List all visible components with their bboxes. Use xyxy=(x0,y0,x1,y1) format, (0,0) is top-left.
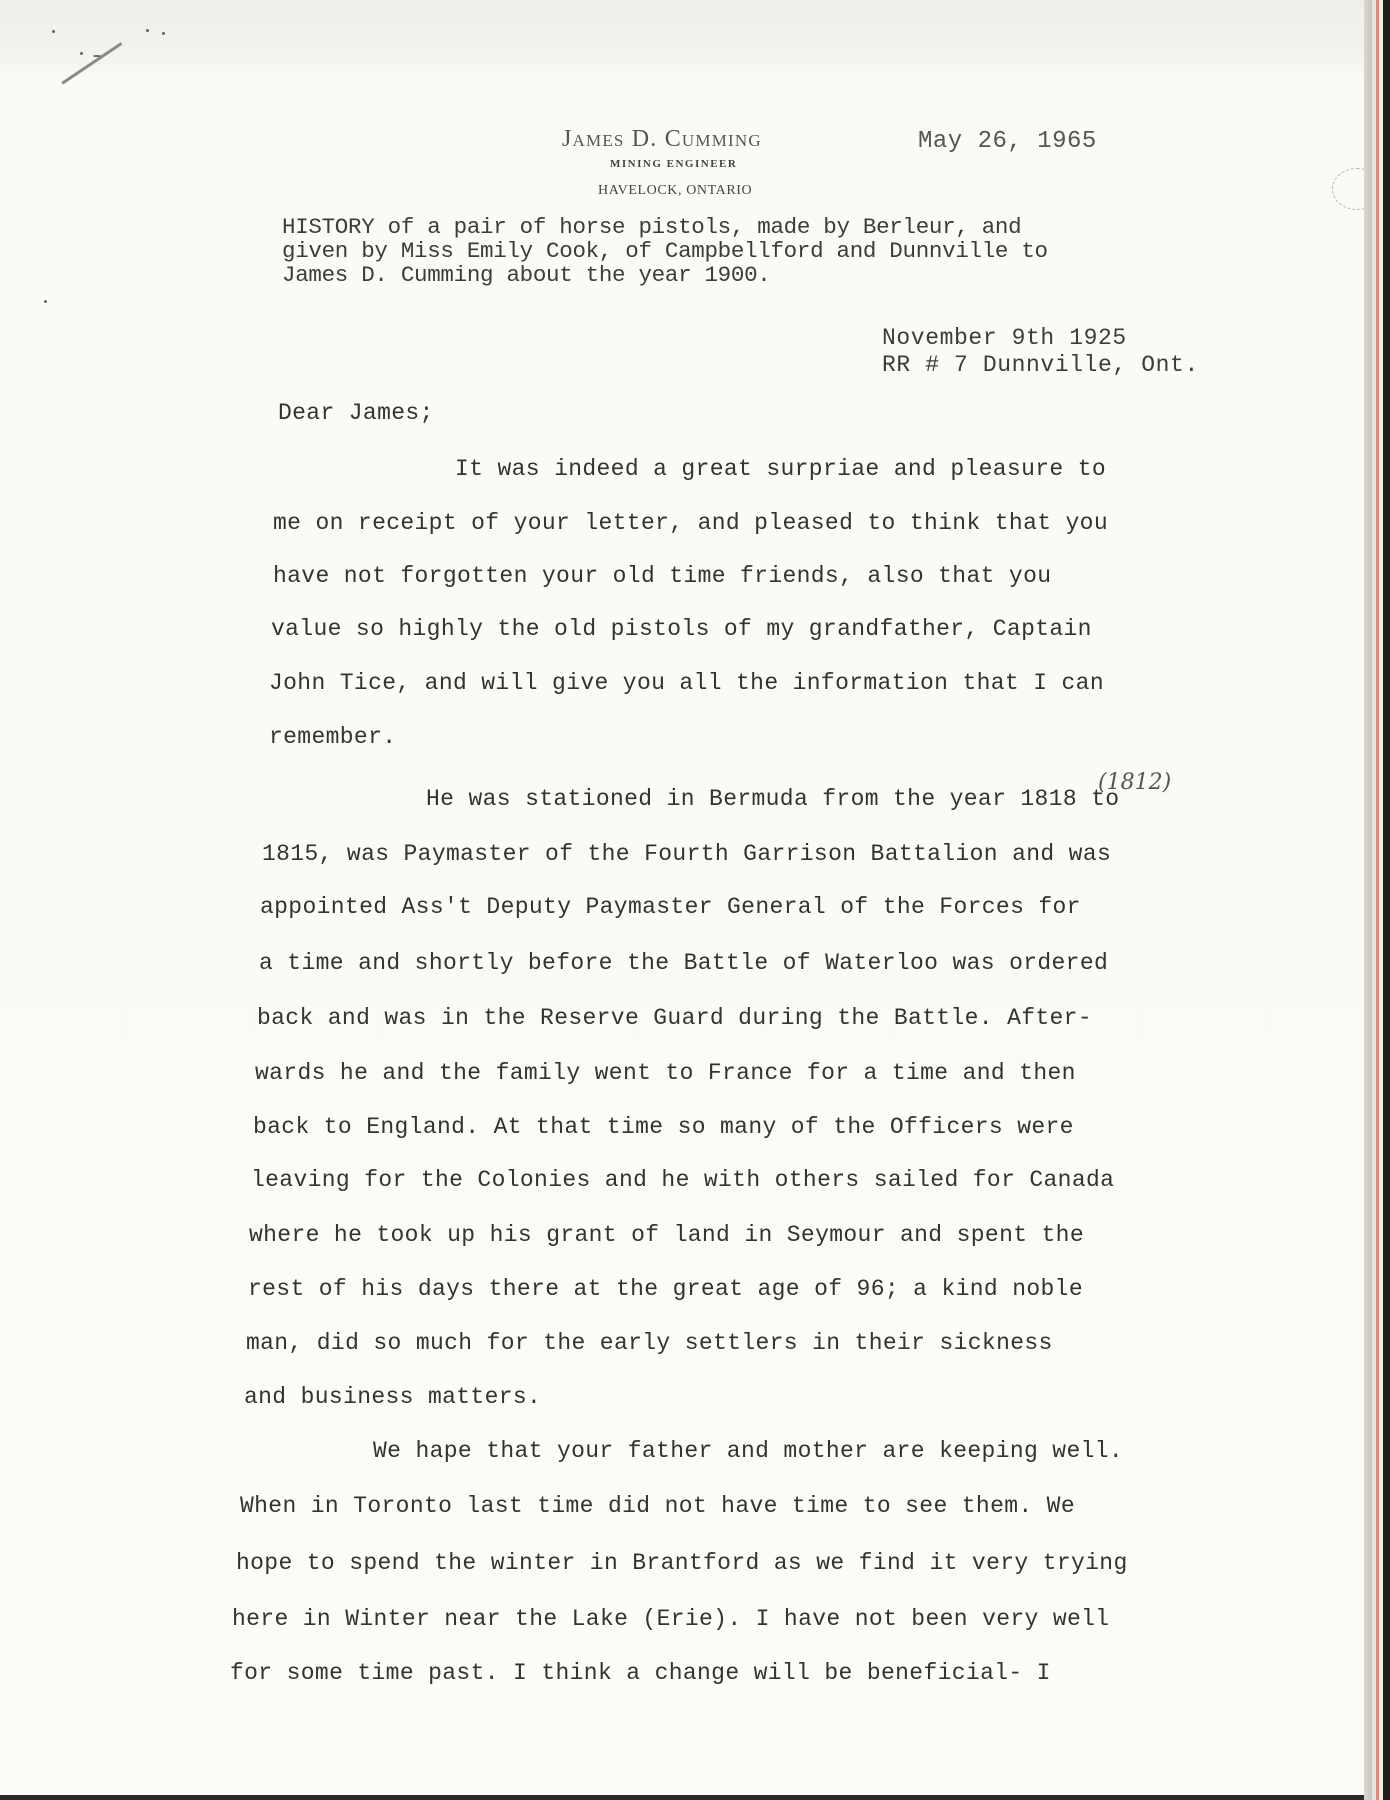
body-line: value so highly the old pistols of my gr… xyxy=(271,616,1092,642)
body-line: and business matters. xyxy=(244,1384,541,1410)
letterhead-place: HAVELOCK, ONTARIO xyxy=(598,183,752,199)
page-edge xyxy=(1383,0,1390,1800)
body-line: It was indeed a great surpriae and pleas… xyxy=(455,456,1106,482)
letter-page: James D. Cumming MINING ENGINEER HAVELOC… xyxy=(0,0,1364,1800)
body-line: We hape that your father and mother are … xyxy=(373,1438,1123,1464)
page-edge xyxy=(1364,0,1372,1800)
salutation: Dear James; xyxy=(278,400,434,426)
letterhead-title: MINING ENGINEER xyxy=(610,158,737,170)
body-line: John Tice, and will give you all the inf… xyxy=(269,670,1104,696)
body-line: remember. xyxy=(269,724,396,750)
speck xyxy=(44,300,47,303)
body-line: hope to spend the winter in Brantford as… xyxy=(236,1550,1128,1576)
body-line: here in Winter near the Lake (Erie). I h… xyxy=(232,1606,1109,1632)
body-line: 1815, was Paymaster of the Fourth Garris… xyxy=(262,841,1111,867)
speck xyxy=(162,32,165,35)
body-line: where he took up his grant of land in Se… xyxy=(249,1222,1084,1248)
speck xyxy=(52,30,55,33)
body-line: appointed Ass't Deputy Paymaster General… xyxy=(260,894,1081,920)
body-line: for some time past. I think a change wil… xyxy=(230,1660,1051,1686)
heading-line: HISTORY of a pair of horse pistols, made… xyxy=(282,214,1021,240)
letterhead-name: James D. Cumming xyxy=(562,126,762,153)
heading-line: given by Miss Emily Cook, of Campbellfor… xyxy=(282,238,1048,264)
letter-date: November 9th 1925 xyxy=(882,325,1127,351)
page-bottom-edge xyxy=(0,1795,1364,1800)
body-line: leaving for the Colonies and he with oth… xyxy=(251,1167,1114,1193)
letterhead-date: May 26, 1965 xyxy=(918,128,1097,155)
body-line: rest of his days there at the great age … xyxy=(248,1276,1083,1302)
body-line: wards he and the family went to France f… xyxy=(255,1060,1076,1086)
body-line: a time and shortly before the Battle of … xyxy=(259,950,1108,976)
speck xyxy=(80,52,83,55)
body-line: back to England. At that time so many of… xyxy=(253,1114,1074,1140)
body-line: When in Toronto last time did not have t… xyxy=(240,1493,1075,1519)
body-line: me on receipt of your letter, and please… xyxy=(273,510,1108,536)
body-line: have not forgotten your old time friends… xyxy=(273,563,1051,589)
body-line: He was stationed in Bermuda from the yea… xyxy=(426,786,1119,812)
speck xyxy=(93,55,101,57)
body-line: back and was in the Reserve Guard during… xyxy=(257,1005,1092,1031)
heading-line: James D. Cumming about the year 1900. xyxy=(282,262,770,288)
letter-address: RR # 7 Dunnville, Ont. xyxy=(882,352,1199,378)
speck xyxy=(146,29,149,32)
pencil-stroke-mark xyxy=(61,42,122,85)
body-line: man, did so much for the early settlers … xyxy=(246,1330,1053,1356)
